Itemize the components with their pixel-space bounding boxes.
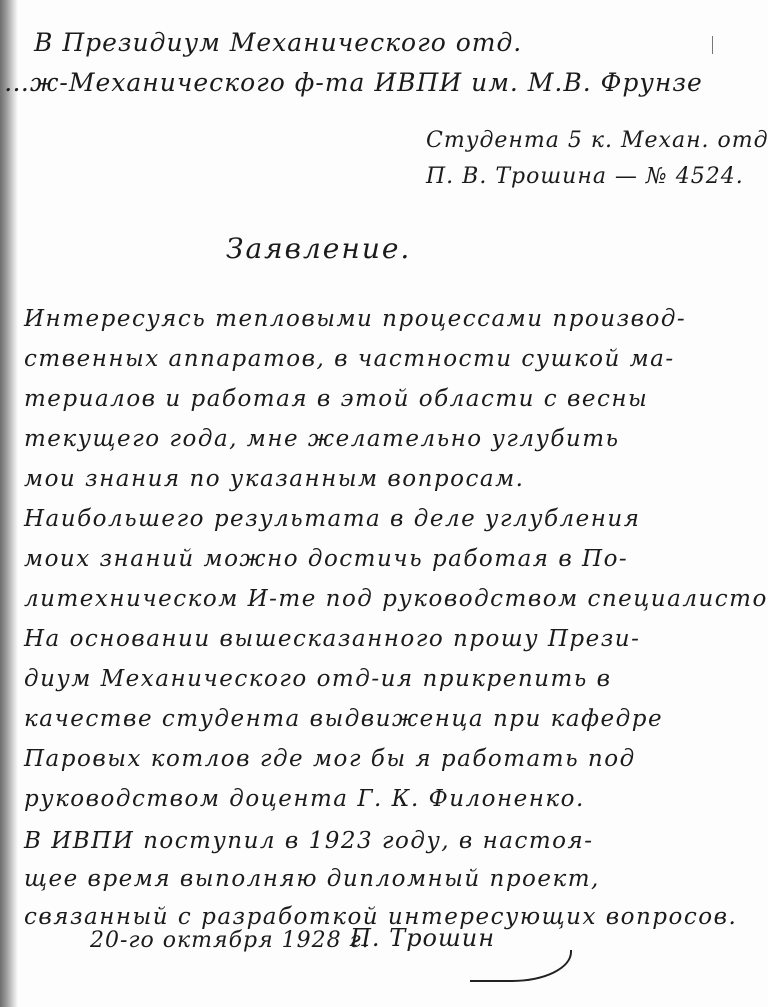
pencil-mark [712, 36, 713, 54]
addressee-line-1: В Президиум Механического отд. [34, 28, 522, 57]
body-line: мои знания по указанным вопросам. [24, 466, 764, 492]
body-line: ственных аппаратов, в частности сушкой м… [24, 346, 764, 372]
page-binding-shadow [0, 0, 18, 1007]
letter-date: 20-го октября 1928 г. [90, 928, 370, 953]
document-title: Заявление. [226, 232, 411, 265]
body-line: Паровых котлов где мог бы я работать под [24, 746, 764, 772]
body-line: текущего года, мне желательно углубить [24, 426, 764, 452]
body-line: Наибольшего результата в деле углубления [24, 506, 764, 532]
sender-line-1: Студента 5 к. Механ. отд. [426, 128, 768, 153]
signature-flourish [470, 950, 572, 982]
body-line: На основании вышесказанного прошу Прези- [24, 626, 764, 652]
body-line: В ИВПИ поступил в 1923 году, в настоя- [24, 828, 764, 854]
body-line: щее время выполняю дипломный проект, [24, 866, 764, 892]
body-line: литехническом И-те под руководством спец… [24, 586, 764, 612]
body-line: качестве студента выдвиженца при кафедре [24, 706, 764, 732]
body-line: диум Механического отд-ия прикрепить в [24, 666, 764, 692]
document-page: В Президиум Механического отд. …ж-Механи… [0, 0, 768, 1007]
body-line: моих знаний можно достичь работая в По- [24, 546, 764, 572]
body-line: териалов и работая в этой области с весн… [24, 386, 764, 412]
addressee-line-2: …ж-Механического ф-та ИВПИ им. М.В. Фрун… [4, 68, 703, 97]
signature: П. Трошин [350, 924, 495, 952]
sender-line-2: П. В. Трошина — № 4524. [426, 164, 744, 189]
body-line: Интересуясь тепловыми процессами произво… [24, 306, 764, 332]
body-line: руководством доцента Г. К. Филоненко. [24, 786, 764, 812]
